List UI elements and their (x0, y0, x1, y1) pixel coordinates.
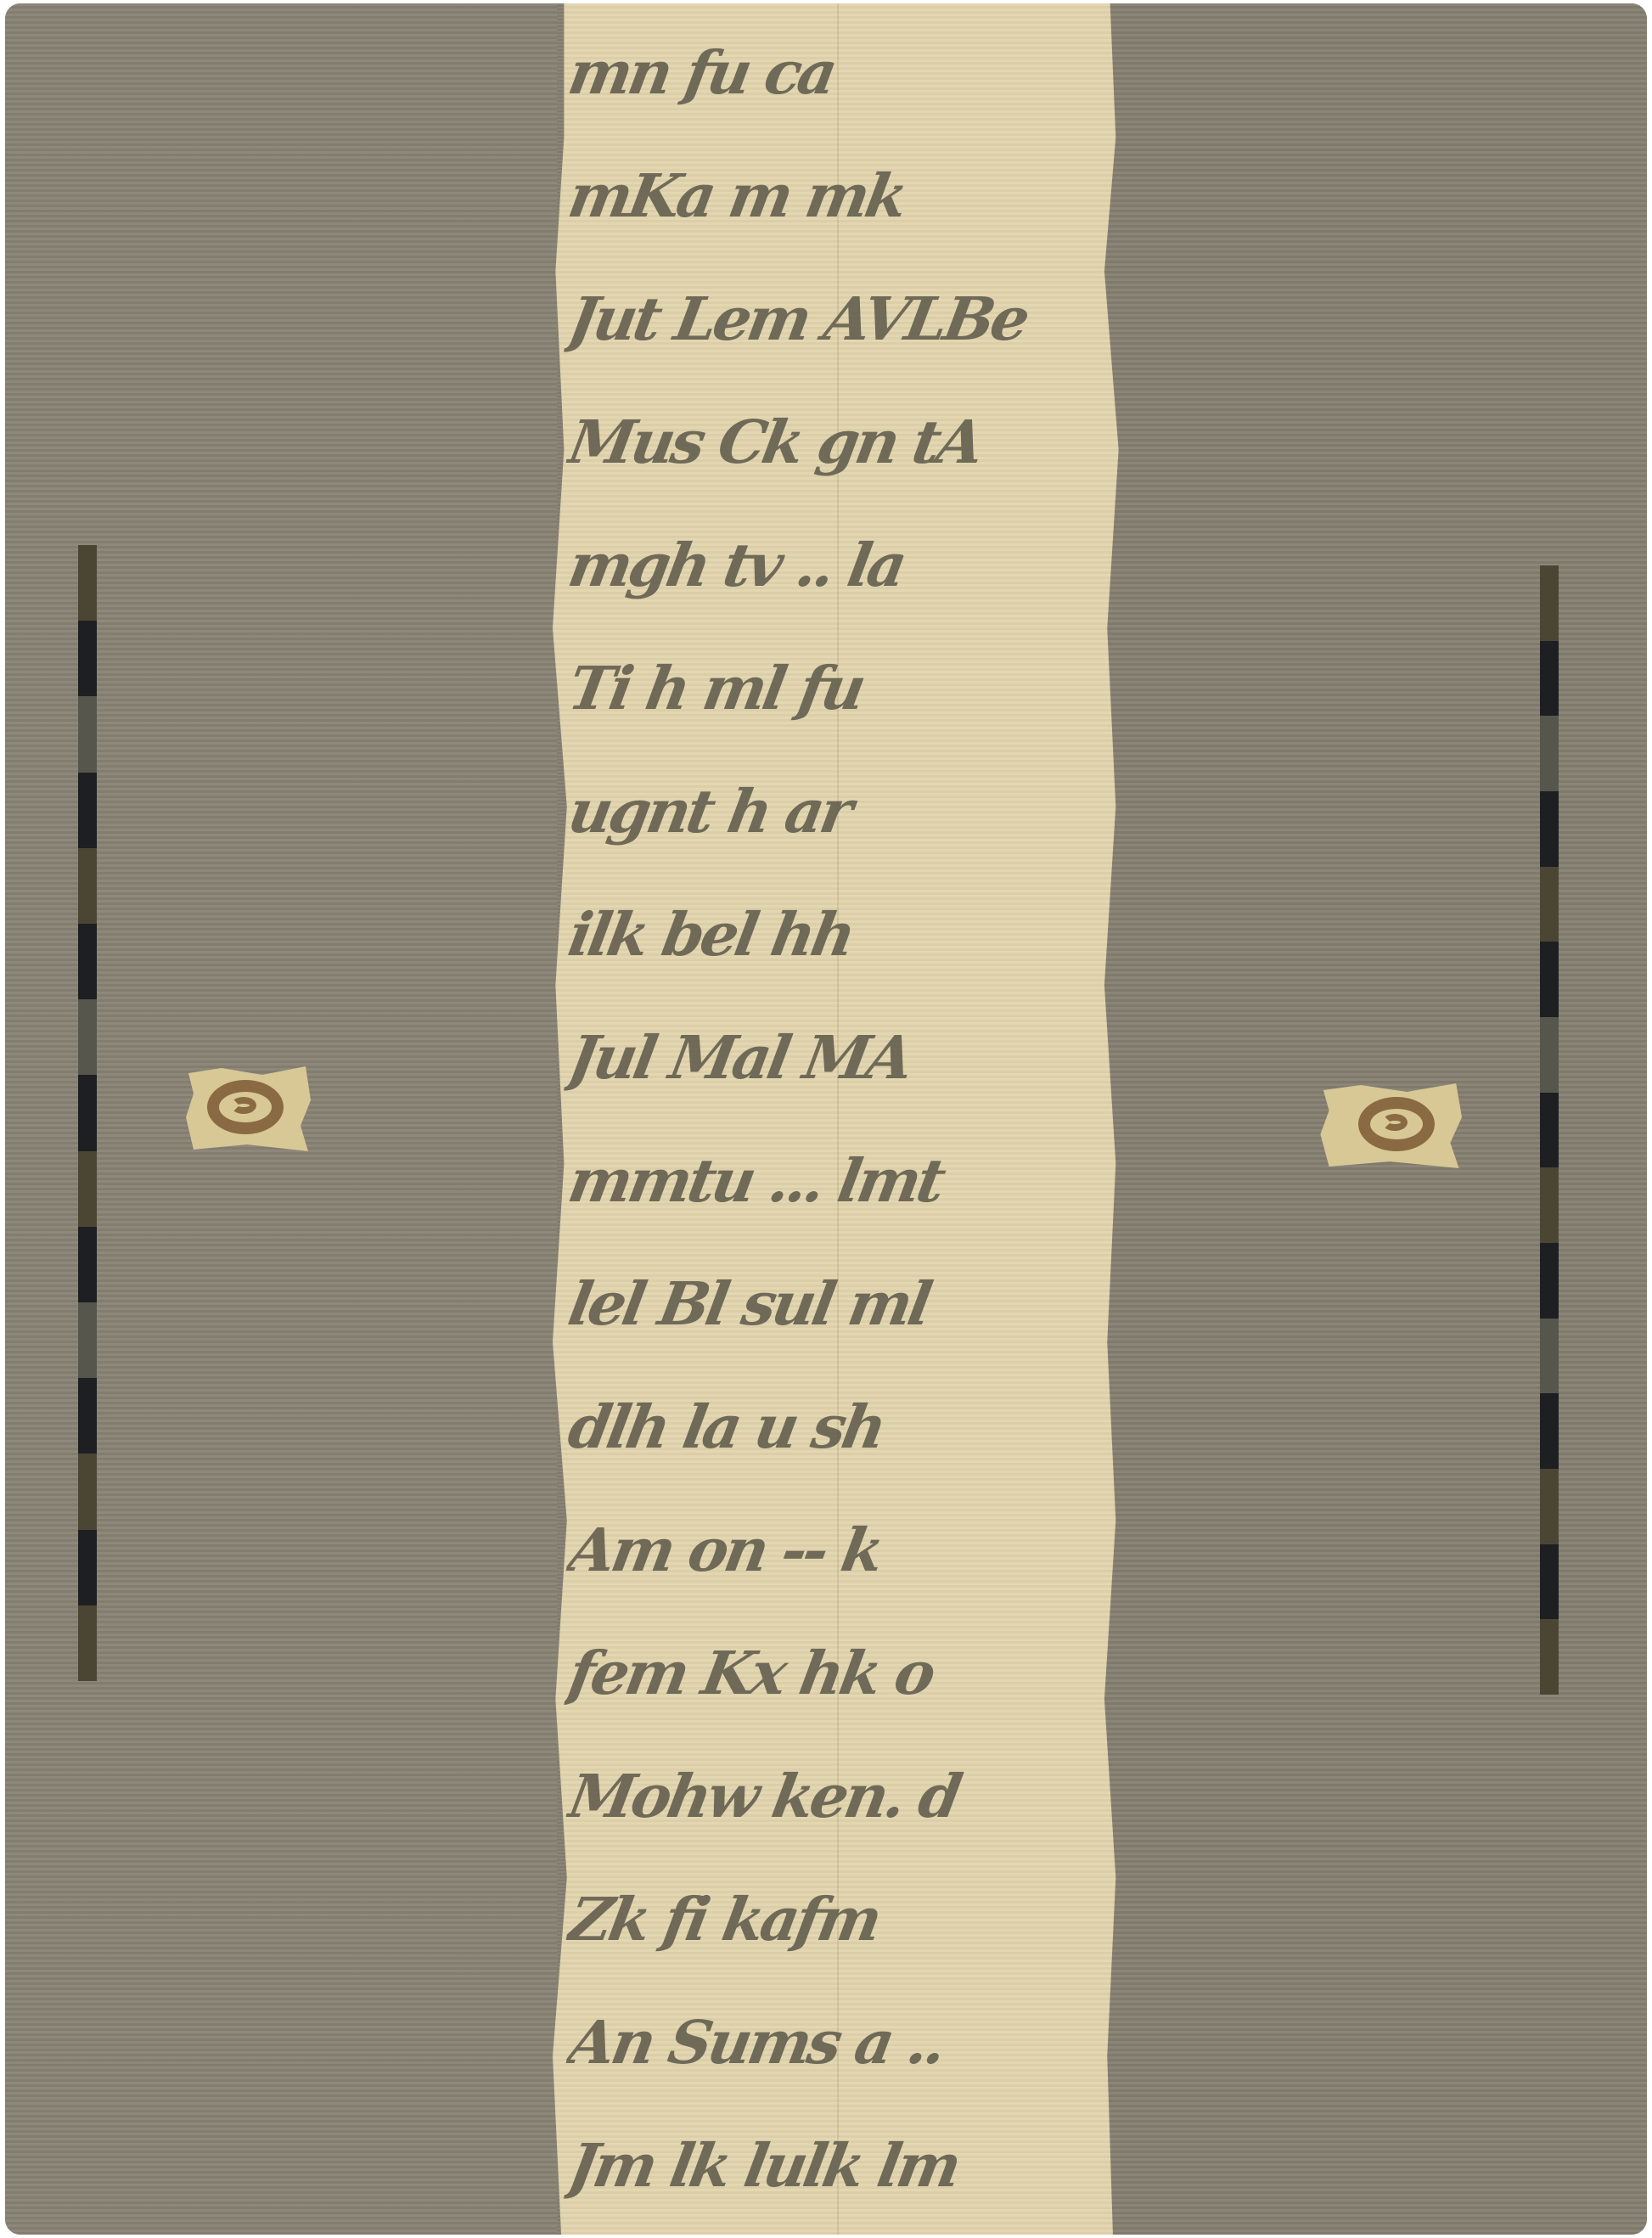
script-line: Ti h ml fu (564, 653, 1111, 723)
script-line: mKa m mk (564, 160, 1111, 231)
script-line: Am on -- k (564, 1515, 1111, 1585)
script-lines: mn fu ca mKa m mk Jut Lem AVLBe Mus Ck g… (570, 37, 1104, 2201)
right-spiral-motif (1318, 1083, 1462, 1168)
script-line: ugnt h ar (564, 776, 1111, 846)
left-striped-bar (78, 545, 97, 1681)
spiral-icon (207, 1080, 284, 1134)
rug: mn fu ca mKa m mk Jut Lem AVLBe Mus Ck g… (5, 3, 1647, 2235)
script-line: Jm lk lulk lm (564, 2130, 1111, 2201)
script-line: mgh tv .. la (564, 530, 1111, 600)
script-line: fem Kx hk o (564, 1638, 1111, 1708)
script-line: Jut Lem AVLBe (564, 284, 1111, 354)
script-line: An Sums a .. (564, 2007, 1111, 2078)
script-line: Mus Ck gn tA (564, 407, 1111, 477)
right-striped-bar (1540, 565, 1559, 1695)
script-line: lel Bl sul ml (564, 1268, 1111, 1339)
script-line: dlh la u sh (564, 1392, 1111, 1462)
script-line: ilk bel hh (564, 899, 1111, 970)
center-script-panel: mn fu ca mKa m mk Jut Lem AVLBe Mus Ck g… (553, 3, 1121, 2235)
script-line: mmtu ... lmt (564, 1145, 1111, 1216)
script-line: Zk fi kafm (564, 1884, 1111, 1954)
left-spiral-motif (183, 1066, 311, 1151)
script-line: Jul Mal MA (564, 1022, 1111, 1093)
script-line: mn fu ca (564, 37, 1111, 108)
script-line: Mohw ken. d (564, 1761, 1111, 1831)
spiral-icon (1358, 1097, 1435, 1151)
